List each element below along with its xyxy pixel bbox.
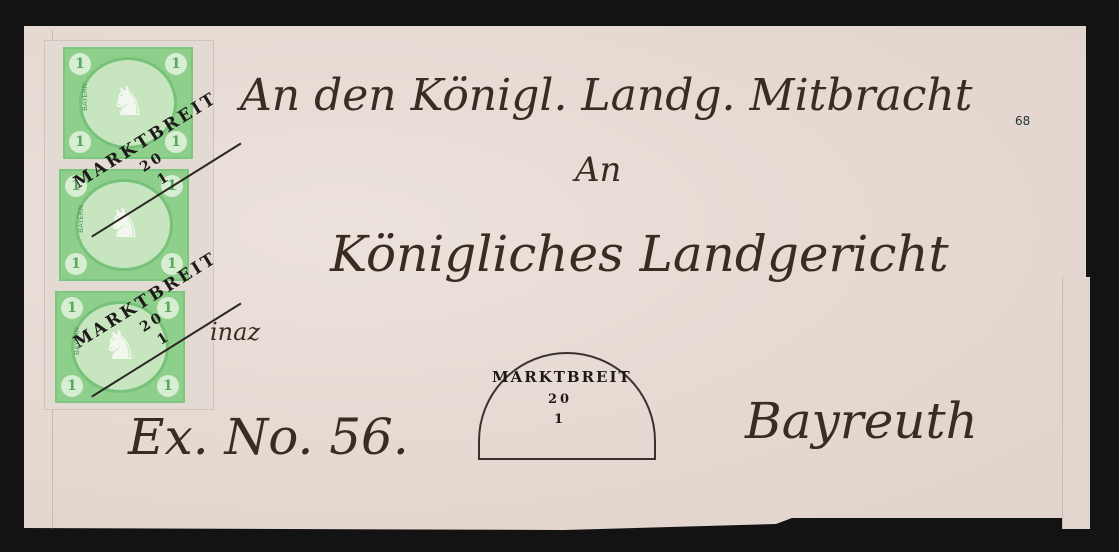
lion-icon: ♞	[103, 77, 153, 127]
stamp-value: 1	[65, 253, 87, 275]
stamp-country: BAYERN	[81, 83, 89, 111]
reference-number: Ex. No. 56.	[128, 408, 409, 466]
stamp-value: 1	[69, 53, 91, 75]
address-line-1: An den Königl. Landg. Mitbracht	[240, 70, 972, 121]
address-line-2: An	[575, 150, 621, 190]
postmark-town: MARKTBREIT	[492, 368, 632, 386]
destination: Bayreuth	[745, 392, 978, 450]
stamp-value: 1	[69, 131, 91, 153]
stamp-value: 1	[61, 297, 83, 319]
address-fragment: inaz	[210, 318, 260, 346]
stamp-value: 1	[165, 53, 187, 75]
folded-flap	[1062, 277, 1090, 529]
stamp-value: 1	[157, 375, 179, 397]
postmark-center: MARKTBREIT 20 1	[478, 352, 658, 462]
postmark-month: 1	[554, 412, 566, 427]
address-line-3: Königliches Landgericht	[330, 225, 949, 283]
postmark-day: 20	[548, 392, 572, 407]
pencil-annotation: 68	[1015, 114, 1030, 128]
